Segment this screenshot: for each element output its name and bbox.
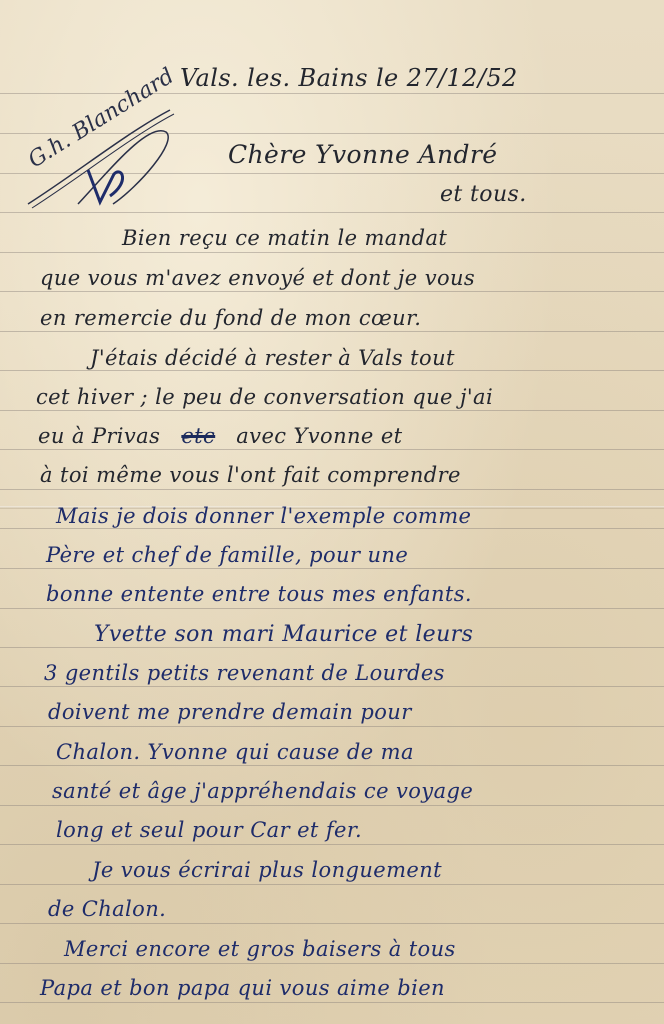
letter-line: de Chalon. xyxy=(48,897,166,921)
letter-line: Père et chef de famille, pour une xyxy=(46,543,408,567)
letter-line: à toi même vous l'ont fait comprendre xyxy=(40,463,461,487)
rule-line xyxy=(0,410,664,411)
letter-line: long et seul pour Car et fer. xyxy=(56,818,362,842)
letterhead-stamp: G.h. Blanchard xyxy=(18,92,178,212)
letter-line: J'étais décidé à rester à Vals tout xyxy=(90,346,455,370)
letter-line: que vous m'avez envoyé et dont je vous xyxy=(40,266,475,290)
letter-line: Chalon. Yvonne qui cause de ma xyxy=(56,740,414,764)
rule-line xyxy=(0,489,664,490)
letter-signoff: Papa et bon papa qui vous aime bien xyxy=(40,976,445,1000)
rule-line xyxy=(0,726,664,727)
rule-line xyxy=(0,647,664,648)
rule-line xyxy=(0,844,664,845)
rule-line xyxy=(0,963,664,964)
salutation-names: Chère Yvonne André xyxy=(228,140,497,169)
rule-line xyxy=(0,370,664,371)
letter-line: santé et âge j'appréhendais ce voyage xyxy=(52,779,473,803)
letter-line: en remercie du fond de mon cœur. xyxy=(40,306,421,330)
rule-line xyxy=(0,252,664,253)
rule-line xyxy=(0,449,664,450)
letter-line: Yvette son mari Maurice et leurs xyxy=(94,622,473,647)
rule-line xyxy=(0,923,664,924)
rule-line xyxy=(0,528,664,529)
rule-line xyxy=(0,291,664,292)
rule-line xyxy=(0,212,664,213)
letter-line: Mais je dois donner l'exemple comme xyxy=(56,504,471,528)
rule-line xyxy=(0,608,664,609)
rule-line xyxy=(0,1002,664,1003)
rule-line xyxy=(0,568,664,569)
letter-line: eu à Privas etc avec Yvonne et xyxy=(38,424,403,448)
letter-text: avec Yvonne et xyxy=(236,424,402,448)
struck-word: etc xyxy=(181,424,215,448)
letter-line: doivent me prendre demain pour xyxy=(48,700,412,724)
letter-line: 3 gentils petits revenant de Lourdes xyxy=(44,661,445,685)
rule-line xyxy=(0,884,664,885)
rule-line xyxy=(0,765,664,766)
letter-line: Merci encore et gros baisers à tous xyxy=(64,937,456,961)
letter-line: bonne entente entre tous mes enfants. xyxy=(46,582,472,606)
letter-line: Bien reçu ce matin le mandat xyxy=(122,226,447,250)
rule-line xyxy=(0,805,664,806)
salutation-all: et tous. xyxy=(440,182,527,207)
letter-line: cet hiver ; le peu de conversation que j… xyxy=(36,385,493,409)
letter-text: eu à Privas xyxy=(38,424,160,448)
rule-line xyxy=(0,331,664,332)
rule-line xyxy=(0,686,664,687)
letter-line: Je vous écrirai plus longuement xyxy=(92,858,442,882)
place-date: Vals. les. Bains le 27/12/52 xyxy=(180,64,518,92)
